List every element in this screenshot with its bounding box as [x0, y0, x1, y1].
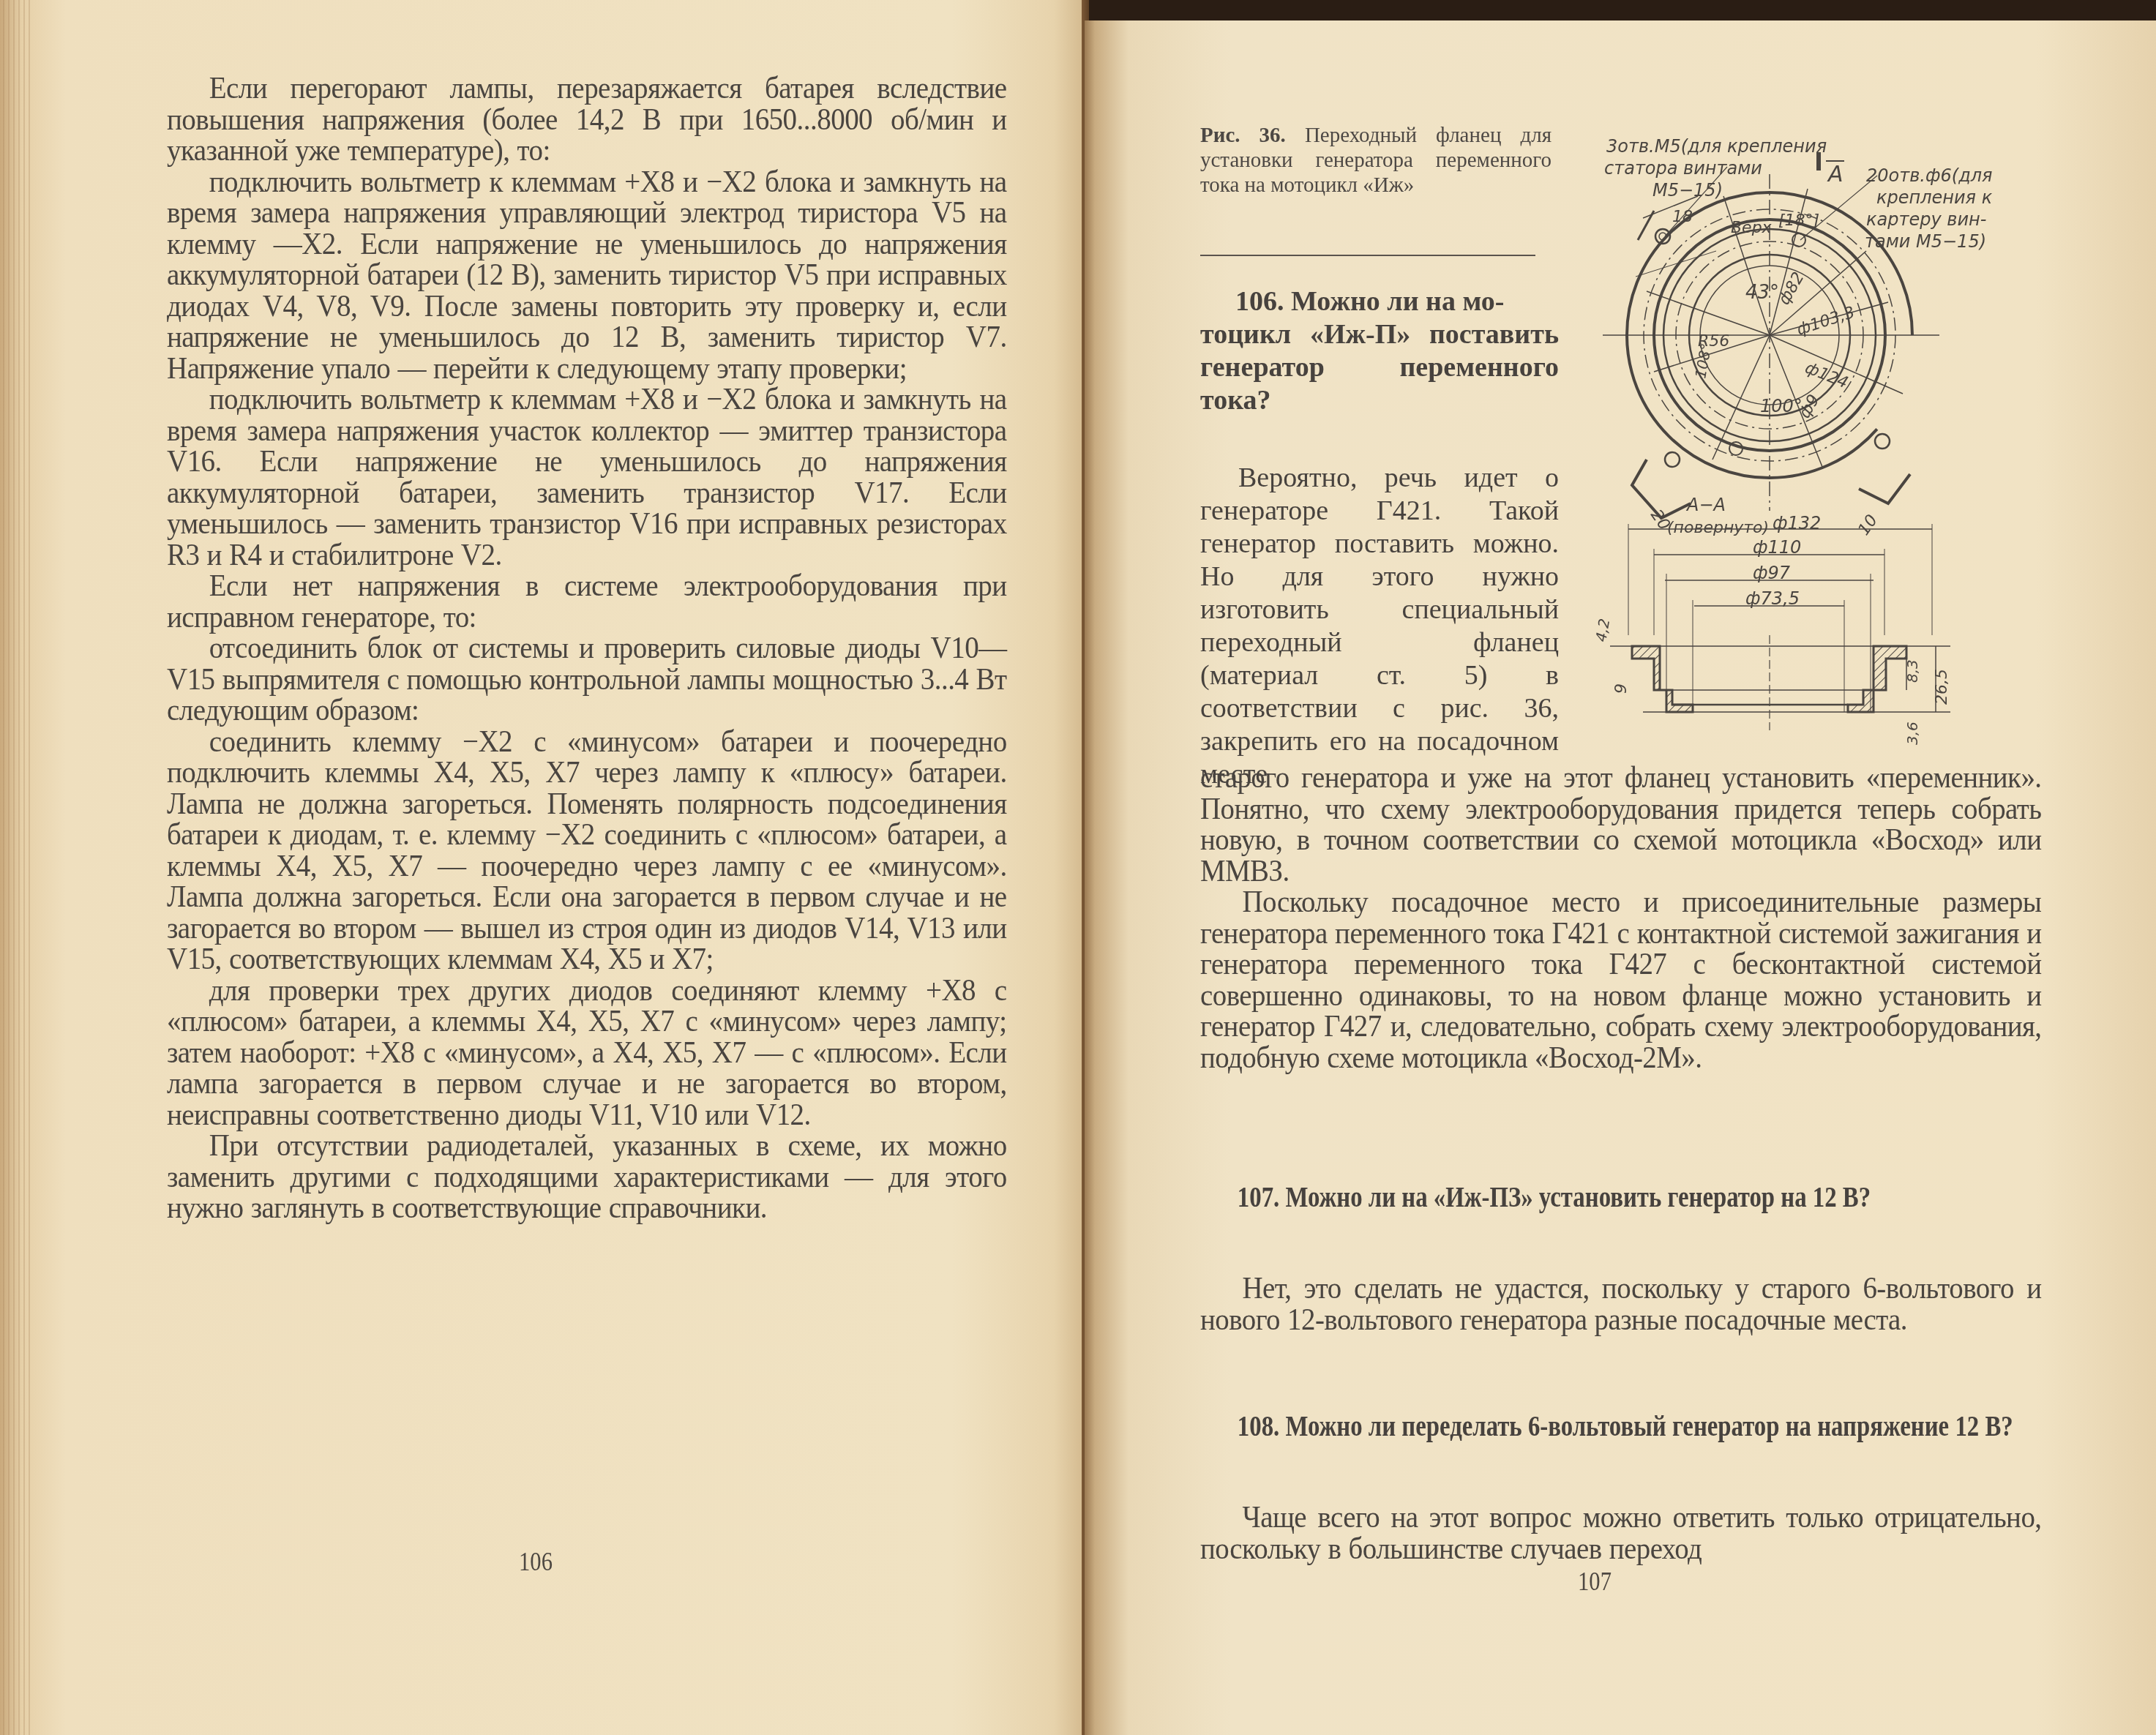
- question-107-title-text: 107. Можно ли на «Иж-ПЗ» установить гене…: [1200, 1180, 2040, 1213]
- dim-10: 10: [1854, 511, 1882, 539]
- question-108-answer: Чаще всего на этот вопрос можно ответить…: [1200, 1502, 2042, 1565]
- annotation-holes-d6-line4: тами М5−15): [1865, 231, 1986, 252]
- book-spread: Если перегорают лампы, перезаряжается ба…: [0, 0, 2156, 1735]
- question-106-answer-narrow: Вероятно, речь идет о генераторе Г421. Т…: [1200, 462, 1559, 791]
- flange-technical-drawing: 3отв.М5(для крепления статора винтами М5…: [1595, 130, 2049, 774]
- answer-text: Вероятно, речь идет о генераторе Г421. Т…: [1200, 462, 1559, 791]
- question-106-answer-wide: старого генератора и уже на этот фланец …: [1200, 762, 2042, 1073]
- dim-d73: ф73,5: [1745, 588, 1800, 609]
- annotation-holes-d6-line1: 20отв.ф6(для: [1866, 165, 1993, 186]
- paragraph: Если нет напряжения в системе электрообо…: [167, 571, 1007, 633]
- question-107-answer: Нет, это сделать не удастся, поскольку у…: [1200, 1273, 2042, 1335]
- paragraph: Если перегорают лампы, перезаряжается ба…: [167, 73, 1007, 167]
- section-mark-a: А: [1827, 162, 1844, 187]
- figure-label: Рис. 36.: [1200, 124, 1286, 147]
- dim-h36: 3,6: [1904, 722, 1921, 745]
- paragraph: Чаще всего на этот вопрос можно ответить…: [1200, 1502, 2041, 1565]
- annotation-holes-m5-line1: 3отв.М5(для крепления: [1606, 136, 1827, 157]
- annotation-holes-d6-line2: крепления к: [1876, 187, 1993, 208]
- dim-h42: 4,2: [1595, 617, 1613, 642]
- right-page: Рис. 36. Переходный фланец для установки…: [1085, 20, 2156, 1735]
- paragraph: При отсутствии радиодеталей, указанных в…: [167, 1131, 1007, 1224]
- question-106-title-line1: 106. Можно ли на мо-: [1200, 285, 1559, 318]
- dim-d132: ф132: [1773, 513, 1821, 533]
- paragraph: Нет, это сделать не удастся, поскольку у…: [1200, 1273, 2041, 1335]
- section-note: (повернуто): [1667, 519, 1769, 537]
- question-108-title-text: 108. Можно ли переделать 6-вольтовый ген…: [1200, 1409, 2040, 1442]
- paragraph: для проверки трех других диодов соединяю…: [167, 975, 1007, 1131]
- question-106-title-rest: тоцикл «Иж-П» поставить генератор переме…: [1200, 319, 1559, 416]
- dim-d124: ф124: [1803, 359, 1851, 392]
- paragraph: Поскольку посадочное место и присоединит…: [1200, 887, 2041, 1073]
- dim-angle-18: [18°]: [1778, 211, 1819, 230]
- dim-d97: ф97: [1753, 563, 1791, 583]
- paragraph: подключить вольтметр к клеммам +X8 и −X2…: [167, 384, 1007, 571]
- annotation-holes-m5-line2: статора винтами: [1604, 158, 1762, 179]
- question-106-title: 106. Можно ли на мо- тоцикл «Иж-П» поста…: [1200, 285, 1559, 417]
- page-number-right: 107: [1578, 1566, 1612, 1597]
- caption-divider: [1200, 255, 1535, 256]
- question-107-title: 107. Можно ли на «Иж-ПЗ» установить гене…: [1200, 1180, 2042, 1213]
- page-number-left: 106: [519, 1546, 553, 1577]
- left-page: Если перегорают лампы, перезаряжается ба…: [0, 0, 1085, 1735]
- annotation-holes-m5-line3: М5−15): [1652, 180, 1723, 201]
- flange-drawing-svg: 3отв.М5(для крепления статора винтами М5…: [1595, 130, 2049, 774]
- dim-d103: ф103,3: [1794, 304, 1857, 340]
- dim-h265: 26,5: [1933, 669, 1951, 705]
- paragraph: отсоединить блок от системы и проверить …: [167, 633, 1007, 727]
- dim-angle-43: 43°: [1745, 282, 1779, 304]
- paragraph: подключить вольтметр к клеммам +X8 и −X2…: [167, 167, 1007, 385]
- paragraph: соединить клемму −X2 с «минусом» батареи…: [167, 727, 1007, 975]
- dim-h83: 8,3: [1904, 659, 1921, 683]
- top-label: Верх: [1731, 219, 1773, 237]
- page-edges: [3, 0, 32, 1735]
- left-page-text: Если перегорают лампы, перезаряжается ба…: [167, 73, 1007, 1224]
- dim-d82: ф82: [1775, 269, 1808, 308]
- question-108-title: 108. Можно ли переделать 6-вольтовый ген…: [1200, 1409, 2042, 1442]
- section-title: А−А: [1685, 495, 1726, 515]
- dim-d110: ф110: [1753, 537, 1801, 558]
- dim-18: 18: [1672, 208, 1693, 226]
- paragraph: старого генератора и уже на этот фланец …: [1200, 762, 2041, 887]
- annotation-holes-d6-line3: картеру вин-: [1866, 209, 1986, 230]
- dim-h9: 9: [1612, 683, 1631, 694]
- figure-caption: Рис. 36. Переходный фланец для установки…: [1200, 123, 1552, 198]
